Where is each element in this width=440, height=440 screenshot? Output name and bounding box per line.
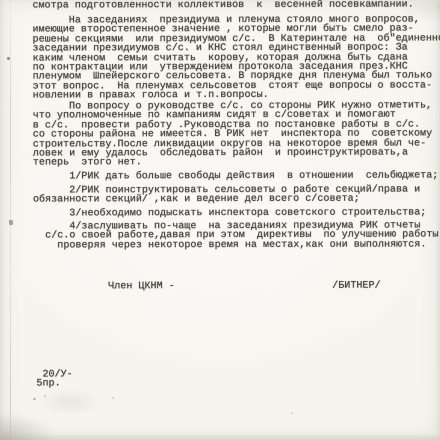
typewritten-text-layer: смотра подготовленности коллективов к ве… [0,0,440,440]
footnote-date-copies: 20/У- 5пр. [36,370,72,389]
signature-name: /БИТНЕР/ [332,282,380,292]
document-page: смотра подготовленности коллективов к ве… [0,0,440,440]
signature-title: Член ЦКНМ - [108,282,175,292]
list-item-3: 3/необходимо подыскать инспектора советс… [33,208,426,218]
ink-speck [33,398,36,400]
ink-speck [44,395,46,397]
ink-speck [112,397,114,399]
paragraph-presidium-meetings: На заседаниях президиума и пленума стоял… [32,15,440,101]
list-item-1: 1/РИК дать больше свободы действия в отн… [33,171,438,181]
list-item-2: 2/РИК поинструктировать сельсоветы о раб… [33,185,420,205]
ink-speck [291,412,293,414]
list-item-4: 4/заслушивать по-чаще на заседаниях през… [33,221,440,250]
paragraph-rik-guidance: По вопросу о руководстве с/с. со стороны… [33,101,433,168]
paragraph-top-continuation: смотра подготовленности коллективов к ве… [32,0,413,10]
ink-speck [9,220,14,226]
